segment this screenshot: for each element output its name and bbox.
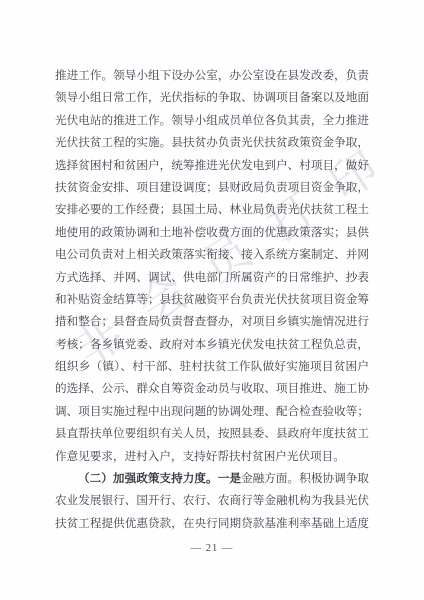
subheading-bold-text: （二）加强政策支持力度。一是 xyxy=(78,472,241,485)
body-line: 电公司负责对上相关政策落实衔接、接入系统方案制定、并网 xyxy=(55,244,369,266)
body-line: 县直帮扶单位要组织有关人员，按照县委、县政府年度扶贫工 xyxy=(55,423,369,445)
page-number: — 21 — xyxy=(0,543,424,554)
subheading-rest-text: 金融方面。积极协调争取 xyxy=(241,472,369,485)
body-line: 的选择、公示、群众自筹资金动员与收取、项目推进、施工协 xyxy=(55,378,369,400)
body-line: 作意见要求，进村入户，支持好帮扶村贫困户光伏项目。 xyxy=(55,446,369,468)
body-line-subheading: （二）加强政策支持力度。一是金融方面。积极协调争取 xyxy=(55,468,369,490)
body-line: 推进工作。领导小组下设办公室，办公室设在县发改委，负责 xyxy=(55,65,369,87)
body-line: 地使用的政策协调和土地补偿收费方面的优惠政策落实；县供 xyxy=(55,222,369,244)
body-line: 方式选择、并网、调试、供电部门所属资产的日常维护、抄表 xyxy=(55,267,369,289)
body-line: 农业发展银行、国开行、农行、农商行等金融机构为我县光伏 xyxy=(55,490,369,512)
body-line: 调、项目实施过程中出现问题的协调处理、配合检查验收等； xyxy=(55,401,369,423)
body-line: 光伏电站的推进工作。领导小组成员单位各负其责，全力推进 xyxy=(55,110,369,132)
body-line: 措和整合；县督查局负责督查督办，对项目乡镇实施情况进行 xyxy=(55,311,369,333)
document-page: 非会员打印 推进工作。领导小组下设办公室，办公室设在县发改委，负责 领导小组日常… xyxy=(0,0,424,600)
body-line: 扶贫工程提供优惠贷款，在央行同期贷款基准利率基础上适度 xyxy=(55,513,369,535)
body-line: 光伏扶贫工程的实施。县扶贫办负责光伏扶贫政策资金争取， xyxy=(55,132,369,154)
body-line: 扶贫资金安排、项目建设调度；县财政局负责项目资金争取， xyxy=(55,177,369,199)
body-line: 考核；各乡镇党委、政府对本乡镇光伏发电扶贫工程负总责， xyxy=(55,334,369,356)
body-line: 领导小组日常工作，光伏指标的争取、协调项目备案以及地面 xyxy=(55,87,369,109)
body-line: 组织乡（镇）、村干部、驻村扶贫工作队做好实施项目贫困户 xyxy=(55,356,369,378)
body-line: 安排必要的工作经费；县国土局、林业局负责光伏扶贫工程土 xyxy=(55,199,369,221)
document-body: 推进工作。领导小组下设办公室，办公室设在县发改委，负责 领导小组日常工作，光伏指… xyxy=(55,65,369,535)
body-line: 和补贴资金结算等；县扶贫融资平台负责光伏扶贫项目资金筹 xyxy=(55,289,369,311)
body-line: 选择贫困村和贫困户，统筹推进光伏发电到户、村项目，做好 xyxy=(55,155,369,177)
